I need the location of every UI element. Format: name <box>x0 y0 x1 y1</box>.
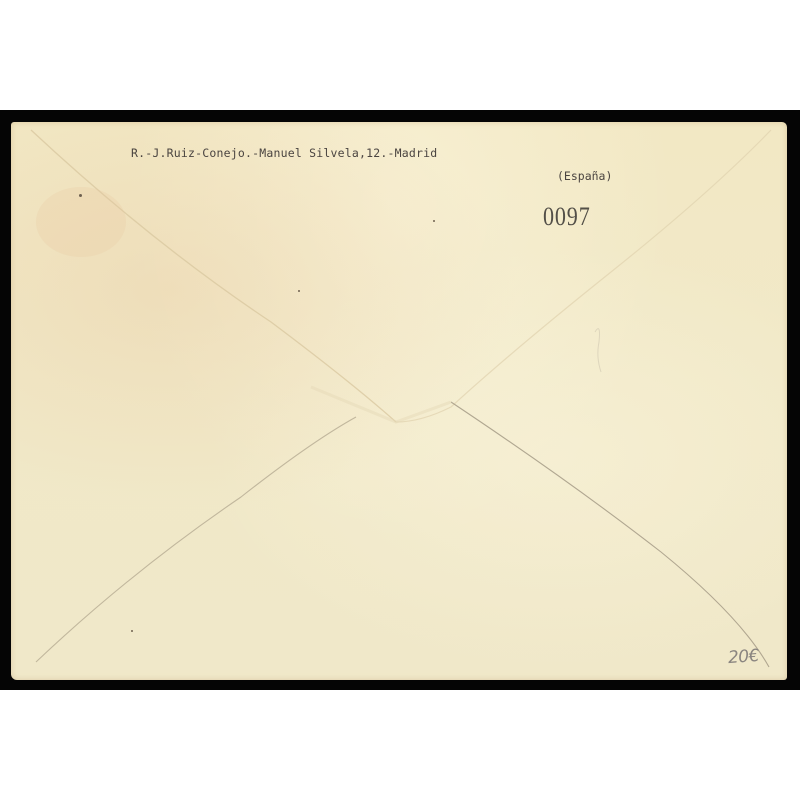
sender-country: (España) <box>557 169 612 183</box>
serial-number-stamp: 0097 <box>543 202 591 232</box>
scan-image: R.-J.Ruiz-Conejo.-Manuel Silvela,12.-Mad… <box>0 0 800 800</box>
pencil-price-note: 20€ <box>727 646 759 668</box>
envelope-back <box>11 122 787 680</box>
paper-speck <box>131 630 133 632</box>
paper-speck <box>79 194 82 197</box>
paper-speck <box>433 220 435 222</box>
flap-crease-lines <box>11 122 787 680</box>
sender-return-address: R.-J.Ruiz-Conejo.-Manuel Silvela,12.-Mad… <box>131 146 437 160</box>
paper-speck <box>298 290 300 292</box>
